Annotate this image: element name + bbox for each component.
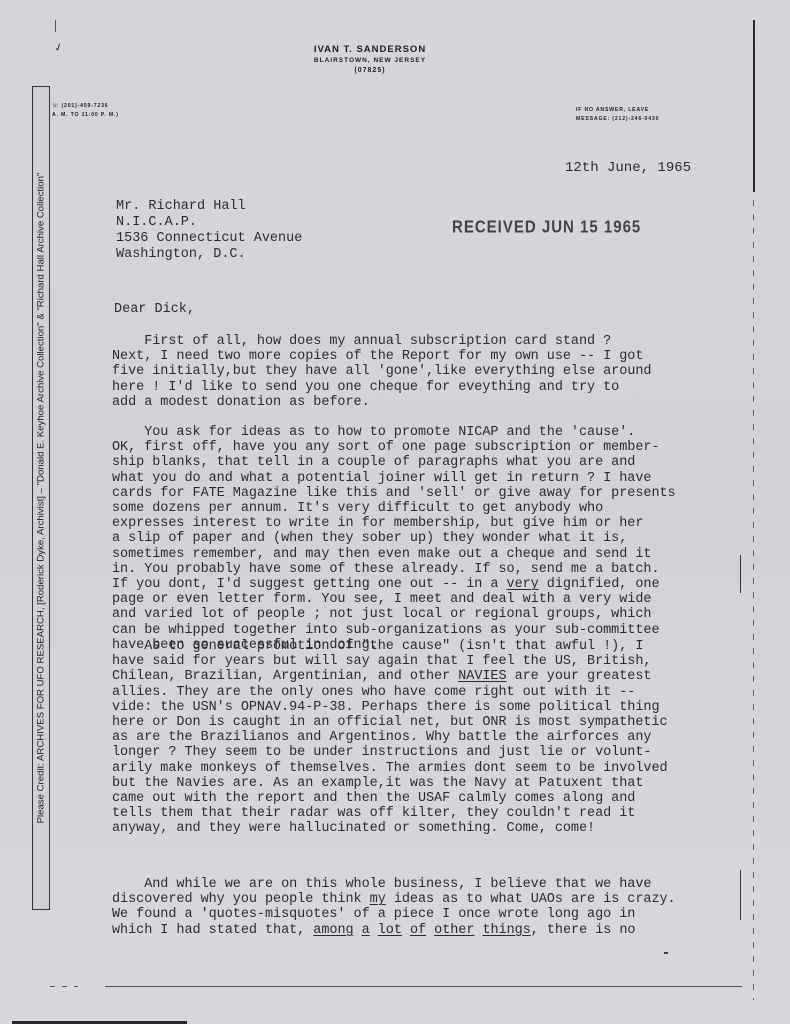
margin-pen-line <box>740 870 741 920</box>
check-mark-icon: ✓ <box>53 39 65 56</box>
text-line: tells them that their radar was off kilt… <box>112 806 668 821</box>
text-line: discovered why you people think my ideas… <box>112 892 676 907</box>
received-stamp: RECEIVED JUN 15 1965 <box>452 218 641 238</box>
recipient-organization: N.I.C.A.P. <box>116 215 302 231</box>
text-line: add a modest donation as before. <box>112 395 651 410</box>
text-line: We found a 'quotes-misquotes' of a piece… <box>112 907 676 922</box>
paragraph-3: As to general promotion of "the cause" (… <box>112 639 668 837</box>
text-line: page or even letter form. You see, I mee… <box>112 592 676 607</box>
text-line: here or Don is caught in an official net… <box>112 715 668 730</box>
text-line: Chilean, Brazilian, Argentinian, and oth… <box>112 669 668 684</box>
text-line: And while we are on this whole business,… <box>112 877 676 892</box>
text-line: allies. They are the only ones who have … <box>112 685 668 700</box>
text-line: OK, first off, have you any sort of one … <box>112 440 676 455</box>
paragraph-2: You ask for ideas as to how to promote N… <box>112 425 676 653</box>
bottom-rule <box>105 986 742 987</box>
paragraph-1: First of all, how does my annual subscri… <box>112 334 651 410</box>
letterhead: IVAN T. SANDERSON BLAIRSTOWN, NEW JERSEY… <box>250 44 490 76</box>
letter-page: ✓ IVAN T. SANDERSON BLAIRSTOWN, NEW JERS… <box>0 0 790 1024</box>
text-line: cards for FATE Magazine like this and 's… <box>112 486 676 501</box>
archive-credit-box: Please Credit: ARCHIVES FOR UFO RESEARCH… <box>32 86 50 910</box>
text-line: which I had stated that, among a lot of … <box>112 923 676 938</box>
text-line: as are the Brazilianos and Argentinos. W… <box>112 730 668 745</box>
text-line: a slip of paper and (when they sober up)… <box>112 531 676 546</box>
text-line: here ! I'd like to send you one cheque f… <box>112 380 651 395</box>
text-line: anyway, and they were hallucinated or so… <box>112 821 668 836</box>
text-line: can be whipped together into sub-organiz… <box>112 623 676 638</box>
recipient-street: 1536 Connecticut Avenue <box>116 231 302 247</box>
recipient-city: Washington, D.C. <box>116 247 302 263</box>
recipient-address: Mr. Richard HallN.I.C.A.P.1536 Connectic… <box>116 199 302 263</box>
right-margin-rule <box>753 20 755 192</box>
letterhead-phone-right: IF NO ANSWER, LEAVE MESSAGE: (212)-246-0… <box>576 106 659 124</box>
text-line: came out with the report and then the US… <box>112 791 668 806</box>
letterhead-town: BLAIRSTOWN, NEW JERSEY <box>250 56 490 66</box>
text-line: If you dont, I'd suggest getting one out… <box>112 577 676 592</box>
bottom-rule-dashed <box>50 986 78 987</box>
archive-credit-text: Please Credit: ARCHIVES FOR UFO RESEARCH… <box>36 173 47 824</box>
margin-pen-line <box>740 555 741 593</box>
text-line: arily make monkeys of themselves. The ar… <box>112 761 668 776</box>
text-line: vide: the USN's OPNAV.94-P-38. Perhaps t… <box>112 700 668 715</box>
text-line: have said for years but will say again t… <box>112 654 668 669</box>
paragraph-4: And while we are on this whole business,… <box>112 877 676 938</box>
phone-hours-left: A. M. TO 11:00 P. M.) <box>52 111 119 120</box>
letterhead-phone-left: ☏ (201)-459-7236 A. M. TO 11:00 P. M.) <box>52 102 119 120</box>
letter-date: 12th June, 1965 <box>565 160 691 176</box>
margin-tick-mark <box>55 20 56 32</box>
text-line: but the Navies are. As an example,it was… <box>112 776 668 791</box>
text-line: expresses interest to write in for membe… <box>112 516 676 531</box>
salutation: Dear Dick, <box>114 302 195 317</box>
text-line: longer ? They seem to be under instructi… <box>112 745 668 760</box>
text-line: sometimes remember, and may then even ma… <box>112 547 676 562</box>
text-line: As to general promotion of "the cause" (… <box>112 639 668 654</box>
message-note: IF NO ANSWER, LEAVE <box>576 106 659 115</box>
text-line: what you do and what a potential joiner … <box>112 471 676 486</box>
text-line: five initially,but they have all 'gone',… <box>112 364 651 379</box>
recipient-name: Mr. Richard Hall <box>116 199 302 215</box>
text-line: in. You probably have some of these alre… <box>112 562 676 577</box>
text-line: You ask for ideas as to how to promote N… <box>112 425 676 440</box>
text-line: ship blanks, that tell in a couple of pa… <box>112 455 676 470</box>
letterhead-name: IVAN T. SANDERSON <box>250 44 490 56</box>
right-margin-rule-dashed <box>753 200 754 1000</box>
text-line: First of all, how does my annual subscri… <box>112 334 651 349</box>
text-line: some dozens per annum. It's very difficu… <box>112 501 676 516</box>
stray-mark <box>664 952 668 954</box>
letterhead-zip: (07825) <box>250 66 490 76</box>
message-number: MESSAGE: (212)-246-0430 <box>576 115 659 124</box>
text-line: and varied lot of people ; not just loca… <box>112 607 676 622</box>
text-line: Next, I need two more copies of the Repo… <box>112 349 651 364</box>
phone-number-left: ☏ (201)-459-7236 <box>52 102 119 111</box>
